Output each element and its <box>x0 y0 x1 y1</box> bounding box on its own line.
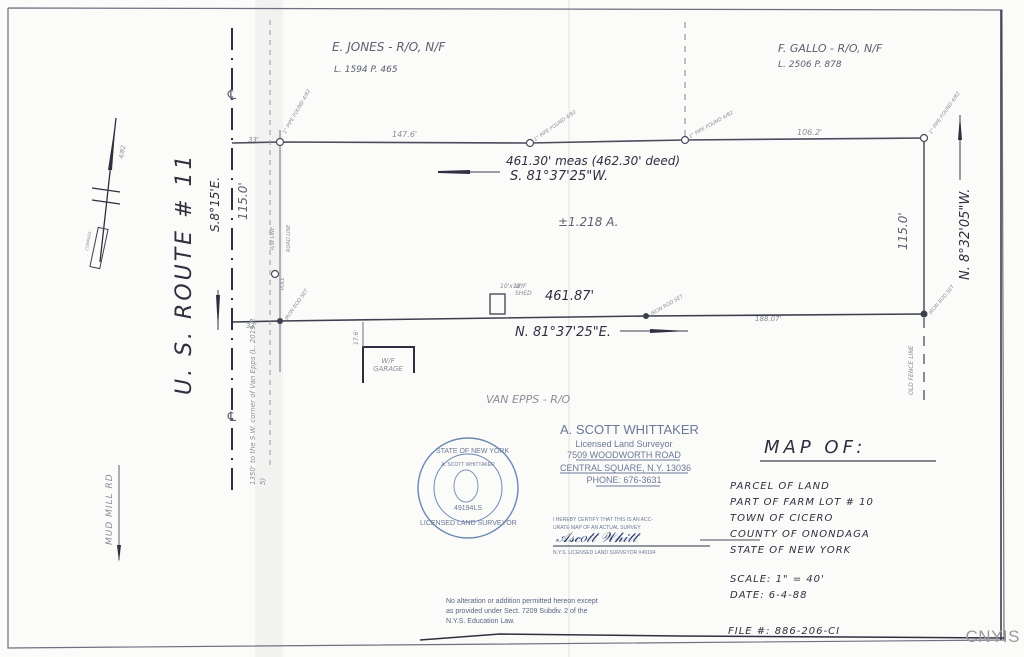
south-segment-right: 188.07' <box>755 315 781 323</box>
surveyor-signature: 𝒜𝓈𝒸𝑜𝓉𝓉 𝒲𝒽𝒾𝓉𝓉 <box>556 530 637 546</box>
title-scale: SCALE: 1" = 40' <box>730 574 825 585</box>
surveyor-name: A. SCOTT WHITTAKER <box>560 422 688 437</box>
north-segment-right: 106.2' <box>797 128 822 137</box>
north-bearing: S. 81°37'25"W. <box>510 169 608 184</box>
west-bearing: S.8°15'E. <box>208 177 222 232</box>
south-owner: VAN EPPS - R/O <box>486 393 570 406</box>
side-road-name: MUD MILL RD <box>105 473 115 545</box>
notice-line-3: N.Y.S. Education Law. <box>446 618 515 625</box>
pole-label: POLE <box>280 277 286 290</box>
shed-label: W/F SHED <box>515 283 545 297</box>
seal-name-text: A. SCOTT WHITTAKER <box>440 462 496 468</box>
garage-offset: 17.6' <box>353 330 360 345</box>
south-bearing: N. 81°37'25"E. <box>515 325 611 340</box>
title-line-2: PART OF FARM LOT # 10 <box>730 497 874 508</box>
certification-line-1: I HEREBY CERTIFY THAT THIS IS AN ACC- <box>553 517 653 523</box>
row-line-label: R/W LINE <box>270 227 276 250</box>
east-dimension: 115.0' <box>896 212 910 250</box>
notice-line-2: as provided under Sect. 7209 Subdiv. 2 o… <box>446 608 588 615</box>
title-file-number: FILE #: 886-206-CI <box>728 626 840 637</box>
seal-top-text: STATE OF NEW YORK <box>436 448 500 455</box>
watermark: CNYIS <box>966 627 1020 647</box>
south-dimension: 461.87' <box>545 289 594 304</box>
notice-line-1: No alteration or addition permitted here… <box>446 598 598 605</box>
title-line-5: STATE OF NEW YORK <box>730 545 851 556</box>
surveyor-address: 7509 WOODWORTH ROAD <box>560 450 688 460</box>
survey-linework <box>0 0 1024 657</box>
north-left-owner: E. JONES - R/O, N/F <box>332 40 445 54</box>
surveyor-title: Licensed Land Surveyor <box>560 439 688 449</box>
seal-number: 49194LS <box>448 505 488 512</box>
seal-bottom-text: LICENSED LAND SURVEYOR <box>420 520 516 527</box>
title-date: DATE: 6-4-88 <box>730 590 807 601</box>
old-fence-line-label: OLD FENCE LINE <box>908 345 915 395</box>
road-line-label: ROAD LINE <box>286 225 292 252</box>
surveyor-city: CENTRAL SQUARE, N.Y. 13036 <box>560 463 688 473</box>
road-reference: 1350' to the S.W. corner of Van Epps (L.… <box>248 315 268 485</box>
centerline-symbol-north: ℄ <box>226 88 238 103</box>
road-name: U. S. ROUTE # 11 <box>172 153 197 396</box>
parcel-area: ±1.218 A. <box>558 215 618 229</box>
title-line-3: TOWN OF CICERO <box>730 513 833 524</box>
license-line: N.Y.S. LICENSED LAND SURVEYOR #49194 <box>553 550 655 556</box>
title-heading: MAP OF: <box>764 437 866 458</box>
north-left-deed: L. 1594 P. 465 <box>334 65 398 75</box>
survey-map-sheet: E. JONES - R/O, N/F L. 1594 P. 465 F. GA… <box>0 0 1024 657</box>
centerline-symbol-south: ℄ <box>226 410 238 425</box>
road-offset-north: 33' <box>248 136 259 144</box>
surveyor-phone: PHONE: 676-3631 <box>560 475 688 485</box>
title-line-4: COUNTY OF ONONDAGA <box>730 529 870 540</box>
east-bearing: N. 8°32'05"W. <box>958 189 973 280</box>
garage-label: W/F GARAGE <box>370 357 406 373</box>
west-dimension: 115.0' <box>236 182 250 220</box>
north-segment-left: 147.6' <box>392 130 417 139</box>
north-dimension: 461.30' meas (462.30' deed) <box>506 154 680 168</box>
north-right-deed: L. 2506 P. 878 <box>778 60 842 70</box>
title-line-1: PARCEL OF LAND <box>730 481 830 492</box>
north-right-owner: F. GALLO - R/O, N/F <box>778 42 882 55</box>
